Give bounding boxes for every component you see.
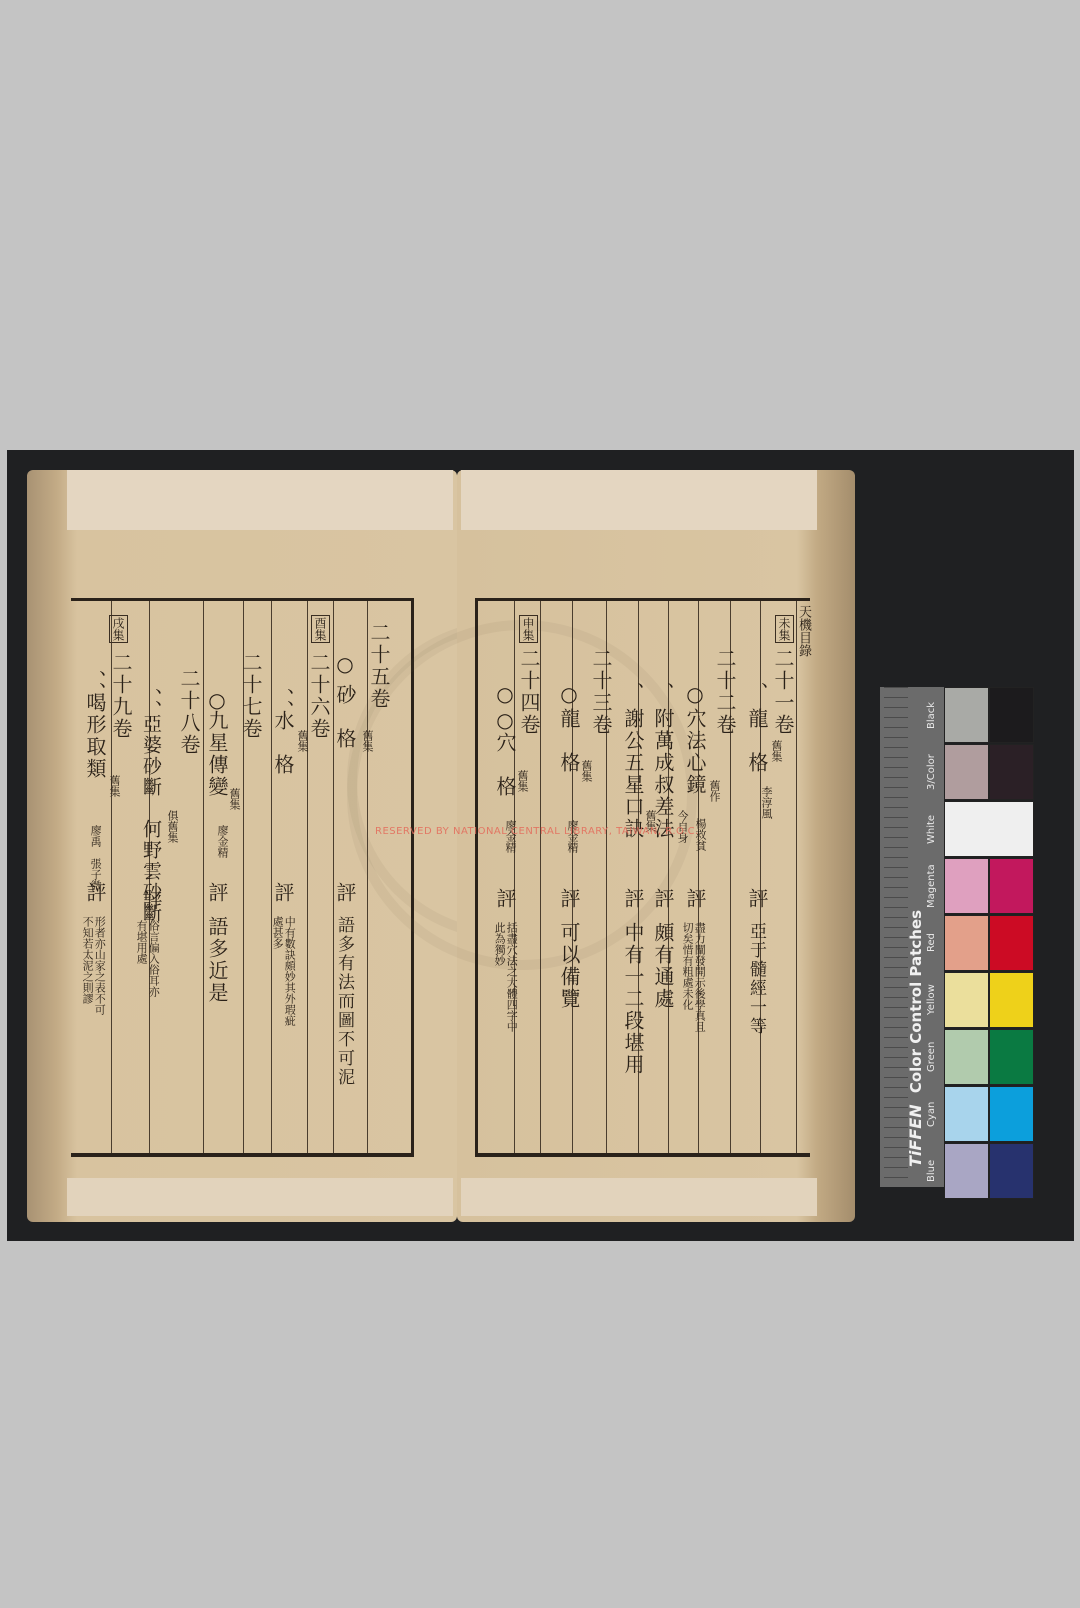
bottom-margin — [67, 1178, 453, 1216]
entry-comment: 括盡穴法之大體四字中 此為獨妙 — [493, 922, 517, 1032]
volume-heading: 二十九卷 — [111, 652, 131, 740]
ping-label: 評 — [335, 882, 355, 904]
patch-3color-light — [944, 744, 989, 800]
patch-black-light — [944, 687, 989, 743]
entry-marker: 、 — [747, 682, 767, 704]
entry-title: 喝形取類 — [85, 692, 105, 780]
entry-author: 李淳風 — [761, 786, 772, 819]
ping-label: 評 — [207, 882, 227, 904]
patch-labels: Black 3/Color White Magenta Red Yellow G… — [926, 687, 944, 1187]
entry-author: 廖金精 — [217, 825, 228, 858]
bottom-margin — [461, 1178, 817, 1216]
ruler: TiFFEN Color Control Patches Black 3/Col… — [880, 687, 944, 1187]
volume-heading: 二十七卷 — [241, 652, 261, 740]
patch-yellow-light — [944, 972, 989, 1028]
entry-comment: 頗有通處 — [653, 922, 673, 1010]
patch-white — [944, 801, 1034, 857]
entry-note: 俱舊集 — [167, 810, 178, 843]
patch-cyan-light — [944, 1086, 989, 1142]
entry-marker: ○○ — [495, 682, 515, 734]
right-page: 天機目錄 未集 二十一卷 、 龍 格 舊集 李淳風 評 亞于髓經一等 二十二卷 … — [457, 470, 855, 1222]
patch-blue — [989, 1143, 1034, 1199]
volume-heading: 二十六卷 — [309, 652, 329, 740]
open-book: 二十五卷 ○ 砂 格 舊集 評 語多有法而圖不可泥 酉集 二十六卷 、、 水 格… — [27, 470, 855, 1222]
collection-badge: 申集 — [519, 615, 538, 643]
patch-yellow — [989, 972, 1034, 1028]
entry-title: 穴 格 — [495, 732, 515, 798]
patch-3color — [989, 744, 1034, 800]
patch-black — [989, 687, 1034, 743]
patch-magenta — [989, 858, 1034, 914]
entry-marker: ○ — [685, 682, 705, 708]
entry-note: 舊集 — [109, 775, 120, 797]
chart-brand: TiFFEN Color Control Patches — [906, 910, 925, 1167]
entry-title: 九星傳變 — [207, 710, 227, 798]
entry-title: 穴法心鏡 — [685, 708, 705, 796]
entry-comment: 中有一二段堪用 — [623, 922, 643, 1076]
entry-comment: 亞于髓經一等 — [747, 922, 764, 1036]
entry-comment: 語多近是 — [207, 916, 227, 1004]
patch-cyan — [989, 1086, 1034, 1142]
collection-badge: 酉集 — [311, 615, 330, 643]
entry-title: 龍 格 — [747, 708, 767, 774]
volume-heading: 二十八卷 — [179, 668, 199, 756]
patch-magenta-light — [944, 858, 989, 914]
entry-comment: 盡力闡發開示後學真且 切矣惜有粗處未化 — [681, 922, 705, 1032]
entry-note: 舊集 — [771, 740, 782, 762]
entry-comment: 中有數訣頗妙其外瑕疵 處甚多 — [271, 916, 295, 1026]
entry-note: 舊集 — [229, 788, 240, 810]
entry-marker: 、 — [653, 682, 673, 704]
entry-marker: 、 — [623, 682, 643, 704]
ping-label: 評 — [747, 888, 767, 910]
entry-note: 舊集 — [581, 760, 592, 782]
tiffen-color-chart: TiFFEN Color Control Patches Black 3/Col… — [880, 687, 1040, 1187]
entry-marker: ○ — [559, 682, 579, 708]
entry-comment: 可以備覽 — [559, 922, 579, 1010]
entry-title: 謝公五星口訣 — [623, 708, 643, 840]
entry-title: 水 格 — [273, 710, 293, 776]
entry-note: 舊集 — [297, 730, 308, 752]
collection-badge: 戌集 — [109, 615, 128, 643]
top-margin — [67, 470, 453, 530]
collection-badge: 未集 — [775, 615, 794, 643]
ping-label: 評 — [685, 888, 705, 910]
entry-note: 舊集 — [517, 770, 528, 792]
entry-title: 砂 格 — [335, 684, 355, 750]
ping-label: 評 — [653, 888, 673, 910]
patch-red-light — [944, 915, 989, 971]
entry-comment: 語多有法而圖不可泥 — [335, 916, 352, 1087]
ping-label: 評 — [623, 888, 643, 910]
ruler-ticks — [884, 687, 908, 1187]
top-margin — [461, 470, 817, 530]
ping-label: 評 — [495, 888, 515, 910]
volume-heading: 二十一卷 — [773, 648, 793, 736]
entry-title: 龍 格 — [559, 708, 579, 774]
entry-comment: 形者亦山家之表不可 不知若太泥之則謬 — [81, 916, 105, 1015]
patch-green — [989, 1029, 1034, 1085]
volume-heading: 二十二卷 — [715, 648, 735, 736]
ping-label: 評 — [273, 882, 293, 904]
entry-comment: 俗言偏入俗耳亦 有堪用處 — [135, 920, 159, 997]
ping-label: 評 — [85, 882, 105, 904]
patch-blue-light — [944, 1143, 989, 1199]
ping-label: 評 — [559, 888, 579, 910]
entry-marker: ○ — [335, 652, 355, 678]
patch-red — [989, 915, 1034, 971]
running-head: 天機目錄 — [797, 605, 810, 657]
volume-heading: 二十四卷 — [519, 648, 539, 736]
volume-heading: 二十三卷 — [591, 648, 611, 736]
ping-label: 評 — [141, 890, 161, 912]
entry-note: 舊作 — [709, 780, 720, 802]
patch-green-light — [944, 1029, 989, 1085]
library-watermark: RESERVED BY NATIONAL CENTRAL LIBRARY, TA… — [375, 826, 699, 837]
